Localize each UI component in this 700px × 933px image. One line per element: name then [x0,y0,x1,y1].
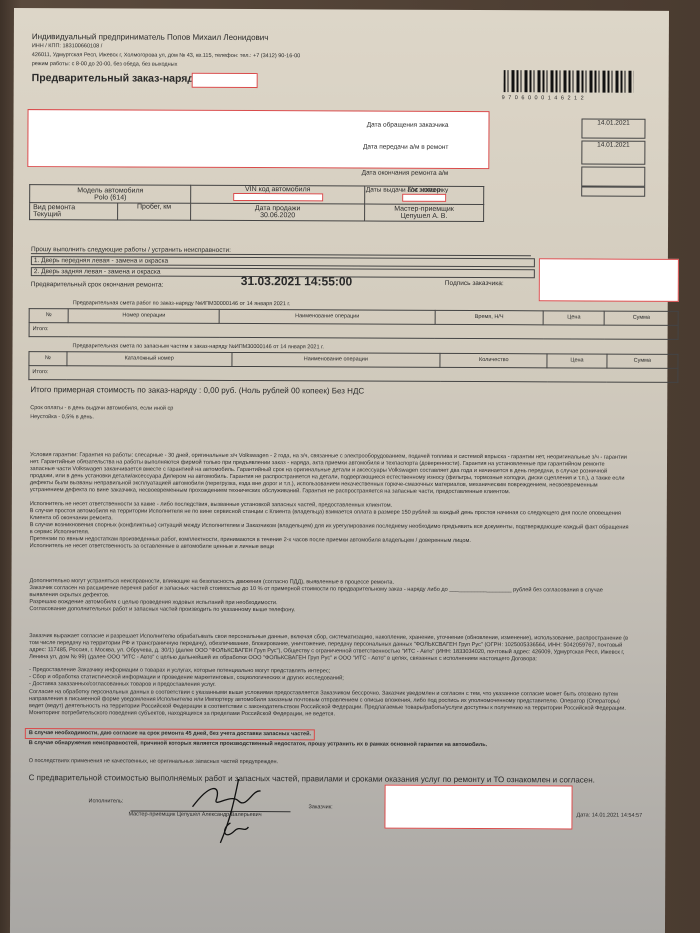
warranty-request: В случае обнаружения неисправностей, при… [29,740,487,749]
company-inn: ИНН / КПП: 183100660108 / [32,43,102,50]
parts_estimate-column-header: Наименование операции [232,352,441,367]
parts-total-label: Итого: [29,366,678,383]
date-value [581,166,645,186]
deadline-value: 31.03.2021 14:55:00 [241,274,352,288]
works-estimate-caption: Предварительная смета работ по заказ-нар… [73,300,291,308]
barcode [504,70,634,93]
works_estimate-column-header: Цена [543,311,604,325]
works-estimate-table: №Номер операцииНаименование операцииВрем… [29,308,679,340]
works_estimate-column-header: Наименование операции [219,309,435,324]
redacted-order-number [192,73,258,88]
signature-date: Дата: 14.01.2021 14:54:57 [576,812,642,819]
warranty-text: Условия гарантии: Гарантия на работы: сл… [30,452,630,497]
customer-label: Заказчик: [308,804,332,811]
warning-text: О последствиях применения не качественны… [29,758,278,766]
signature-label: Подпись заказчика: [445,280,504,287]
order-title: Предварительный заказ-наряд № [32,72,209,85]
date-value [581,186,645,196]
personal-data-text: Заказчик выражает согласие и разрешает И… [29,633,629,664]
agreement-text: С предварительной стоимостью выполняемых… [29,773,595,784]
master-value: Цепушел А. В. [368,213,480,220]
redacted-customer-info [27,109,489,169]
purposes-list: - Предоставление Заказчику информации о … [29,667,629,691]
sale-date-value: 30.06.2020 [194,212,361,220]
works_estimate-column-header: Сумма [605,311,679,325]
date-value: 14.01.2021 [581,140,645,164]
additional-item: Согласование дополнительных работ и запа… [29,606,629,616]
date-value: 14.01.2021 [581,118,645,138]
work-order-document: Индивидуальный предприниматель Попов Мих… [10,8,669,933]
works_estimate-column-header: № [29,309,68,323]
works-request-label: Прошу выполнить следующие работы / устра… [31,246,531,256]
executor-label: Исполнитель: [89,798,124,805]
total-cost: Итого примерная стоимость по заказ-наряд… [30,385,364,395]
works_estimate-column-header: Время, Н/Ч [435,310,543,324]
date-label: Дата окончания ремонта а/м [362,170,449,177]
model-value: Polo (614) [33,194,187,202]
handwritten-signature-icon [190,779,280,849]
company-name: Индивидуальный предприниматель Попов Мих… [32,32,269,42]
parts_estimate-column-header: Сумма [607,354,678,368]
date-label: Дата передачи а/м в ремонт [363,144,448,151]
penalty: Неустойка - 0,5% в день. [30,414,94,421]
vehicle-table: Модель автомобиляPolo (614) VIN код авто… [29,184,484,222]
conditions-list: Исполнитель не несет ответственности за … [30,501,630,553]
parts_estimate-column-header: Цена [547,354,606,368]
redacted-customer-name [384,785,572,830]
work-item: 1. Дверь передняя левая - замена и окрас… [31,256,535,267]
redacted-customer-signature [539,258,679,302]
parts_estimate-column-header: № [29,352,67,366]
company-hours: режим работы: с 8-00 до 20-00, без обеда… [32,61,178,69]
parts-estimate-table: №Каталожный номерНаименование операцииКо… [28,351,678,383]
repair-type-value: Текущий [33,211,114,218]
company-address: 426011, Удмуртская Респ, Ижевск г, Холмо… [32,52,300,60]
deadline-label: Предварительный срок окончания ремонта: [31,281,164,289]
parts_estimate-column-header: Каталожный номер [67,352,232,367]
condition-item: Исполнитель не несет ответственность за … [30,543,630,553]
mileage-label: Пробег, км [121,203,188,210]
consent-text: Согласие на обработку персональных данны… [29,689,629,720]
parts_estimate-column-header: Количество [440,353,547,367]
payment-term: Срок оплаты - в день выдачи автомобиля, … [30,405,173,413]
barcode-digits: 9 7 0 6 0 0 0 1 4 6 2 1 2 [502,95,585,102]
redacted-plate [402,194,446,202]
works_estimate-column-header: Номер операции [68,309,219,324]
redacted-vin [233,193,323,201]
highlighted-consent: В случае необходимости, даю согласие на … [25,728,315,740]
parts-estimate-caption: Предварительная смета по запасным частям… [73,343,324,351]
additional-list: Дополнительно могут устраняться неисправ… [29,578,629,616]
works-total-label: Итого: [29,323,678,340]
date-label: Дата обращения заказчика [367,122,449,129]
